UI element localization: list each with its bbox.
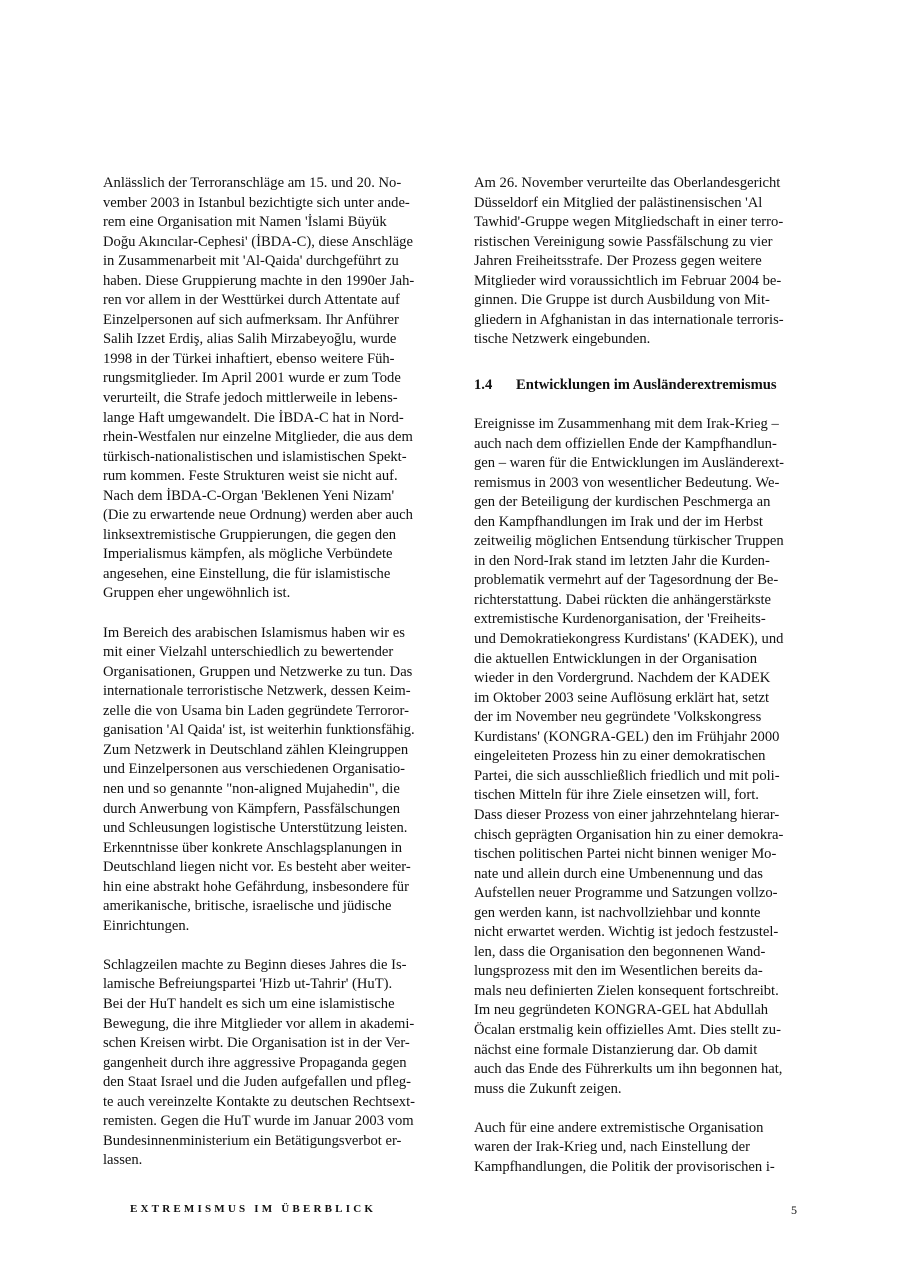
text-line: tische Netzwerk eingebunden.	[474, 330, 819, 350]
text-line: Am 26. November verurteilte das Oberland…	[474, 174, 819, 194]
text-line: verurteilt, die Strafe jedoch mittlerwei…	[103, 389, 448, 409]
text-line: hin eine abstrakt hohe Gefährdung, insbe…	[103, 878, 448, 898]
text-line: tischen politischen Partei nicht binnen …	[474, 845, 819, 865]
text-line: auch das Ende des Führerkults um ihn beg…	[474, 1060, 819, 1080]
text-line: extremistische Kurdenorganisation, der '…	[474, 610, 819, 630]
text-line: Mitglieder wird voraussichtlich im Febru…	[474, 272, 819, 292]
text-line: Öcalan erstmalig kein offizielles Amt. D…	[474, 1021, 819, 1041]
text-line: Gruppen eher ungewöhnlich ist.	[103, 584, 448, 604]
text-line: Organisationen, Gruppen und Netzwerke zu…	[103, 663, 448, 683]
text-line: angesehen, eine Einstellung, die für isl…	[103, 565, 448, 585]
text-line: rhein-Westfalen nur einzelne Mitglieder,…	[103, 428, 448, 448]
text-line: rungsmitglieder. Im April 2001 wurde er …	[103, 369, 448, 389]
text-line: Einzelpersonen auf sich aufmerksam. Ihr …	[103, 311, 448, 331]
text-line: nächst eine formale Distanzierung dar. O…	[474, 1041, 819, 1061]
text-line: ren vor allem in der Westtürkei durch At…	[103, 291, 448, 311]
paragraph-other-organisation: Auch für eine andere extremistische Orga…	[474, 1119, 819, 1178]
text-line: mals neu definierten Zielen konsequent f…	[474, 982, 819, 1002]
text-line: Aufstellen neuer Programme und Satzungen…	[474, 884, 819, 904]
text-line: den Kampfhandlungen im Irak und der im H…	[474, 513, 819, 533]
text-line: zeitweilig möglichen Entsendung türkisch…	[474, 532, 819, 552]
text-line: lange Haft umgewandelt. Die İBDA-C hat i…	[103, 409, 448, 429]
text-line: Jahren Freiheitsstrafe. Der Prozess gege…	[474, 252, 819, 272]
text-line: Bewegung, die ihre Mitglieder vor allem …	[103, 1015, 448, 1035]
text-line: remisten. Gegen die HuT wurde im Januar …	[103, 1112, 448, 1132]
text-line: problematik vermehrt auf der Tagesordnun…	[474, 571, 819, 591]
text-line: Kurdistans' (KONGRA-GEL) den im Frühjahr…	[474, 728, 819, 748]
text-line: und Demokratiekongress Kurdistans' (KADE…	[474, 630, 819, 650]
text-line: waren der Irak-Krieg und, nach Einstellu…	[474, 1138, 819, 1158]
text-line: Nach dem İBDA-C-Organ 'Beklenen Yeni Niz…	[103, 487, 448, 507]
text-line: gangenheit durch ihre aggressive Propaga…	[103, 1054, 448, 1074]
text-line: len, dass die Organisation den begonnene…	[474, 943, 819, 963]
text-line: gen der Beteiligung der kurdischen Pesch…	[474, 493, 819, 513]
text-line: Im Bereich des arabischen Islamismus hab…	[103, 624, 448, 644]
text-line: lassen.	[103, 1151, 448, 1171]
text-line: türkisch-nationalistischen und islamisti…	[103, 448, 448, 468]
section-heading: 1.4Entwicklungen im Ausländerextremismus	[474, 376, 819, 396]
text-line: Dass dieser Prozess von einer jahrzehnte…	[474, 806, 819, 826]
text-line: Schlagzeilen machte zu Beginn dieses Jah…	[103, 956, 448, 976]
text-line: Zum Netzwerk in Deutschland zählen Klein…	[103, 741, 448, 761]
text-line: Im neu gegründeten KONGRA-GEL hat Abdull…	[474, 1001, 819, 1021]
text-line: wieder in den Vordergrund. Nachdem der K…	[474, 669, 819, 689]
section-number: 1.4	[474, 376, 516, 396]
text-line: ginnen. Die Gruppe ist durch Ausbildung …	[474, 291, 819, 311]
text-line: Bei der HuT handelt es sich um eine isla…	[103, 995, 448, 1015]
text-line: tischen Mitteln für ihre Ziele einsetzen…	[474, 786, 819, 806]
page-footer: EXTREMISMUS IM ÜBERBLICK 5	[130, 1203, 797, 1215]
text-line: auch nach dem offiziellen Ende der Kampf…	[474, 435, 819, 455]
text-line: den Staat Israel und die Juden aufgefall…	[103, 1073, 448, 1093]
text-line: nen und so genannte "non-aligned Mujahed…	[103, 780, 448, 800]
text-line: vember 2003 in Istanbul bezichtigte sich…	[103, 194, 448, 214]
text-line: zelle die von Usama bin Laden gegründete…	[103, 702, 448, 722]
text-line: mit einer Vielzahl unterschiedlich zu be…	[103, 643, 448, 663]
text-line: nate und allein durch eine Umbenennung u…	[474, 865, 819, 885]
running-title: EXTREMISMUS IM ÜBERBLICK	[130, 1203, 376, 1215]
text-line: Tawhid'-Gruppe wegen Mitgliedschaft in e…	[474, 213, 819, 233]
text-line: gen werden kann, ist nachvollziehbar und…	[474, 904, 819, 924]
paragraph-kurdish-extremism: Ereignisse im Zusammenhang mit dem Irak-…	[474, 415, 819, 1099]
text-line: im Oktober 2003 seine Auflösung erklärt …	[474, 689, 819, 709]
left-column: Anlässlich der Terroranschläge am 15. un…	[103, 174, 448, 1190]
text-line: Düsseldorf ein Mitglied der palästinensi…	[474, 194, 819, 214]
paragraph-al-tawhid: Am 26. November verurteilte das Oberland…	[474, 174, 819, 350]
text-line: rem eine Organisation mit Namen 'İslami …	[103, 213, 448, 233]
text-line: Anlässlich der Terroranschläge am 15. un…	[103, 174, 448, 194]
paragraph-hizb-ut-tahrir: Schlagzeilen machte zu Beginn dieses Jah…	[103, 956, 448, 1171]
text-line: Auch für eine andere extremistische Orga…	[474, 1119, 819, 1139]
text-line: ristischen Vereinigung sowie Passfälschu…	[474, 233, 819, 253]
text-line: in den Nord-Irak stand im letzten Jahr d…	[474, 552, 819, 572]
text-line: und Schleusungen logistische Unterstützu…	[103, 819, 448, 839]
text-line: 1998 in der Türkei inhaftiert, ebenso we…	[103, 350, 448, 370]
text-line: lamische Befreiungspartei 'Hizb ut-Tahri…	[103, 975, 448, 995]
text-line: muss die Zukunft zeigen.	[474, 1080, 819, 1100]
text-line: Partei, die sich ausschließlich friedlic…	[474, 767, 819, 787]
text-line: Ereignisse im Zusammenhang mit dem Irak-…	[474, 415, 819, 435]
text-line: Kampfhandlungen, die Politik der proviso…	[474, 1158, 819, 1178]
text-line: richterstattung. Dabei rückten die anhän…	[474, 591, 819, 611]
text-line: Bundesinnenministerium ein Betätigungsve…	[103, 1132, 448, 1152]
text-line: Salih Izzet Erdiş, alias Salih Mirzabeyo…	[103, 330, 448, 350]
text-line: Deutschland liegen nicht vor. Es besteht…	[103, 858, 448, 878]
text-line: internationale terroristische Netzwerk, …	[103, 682, 448, 702]
text-line: haben. Diese Gruppierung machte in den 1…	[103, 272, 448, 292]
text-line: linksextremistische Gruppierungen, die g…	[103, 526, 448, 546]
text-line: der im November neu gegründete 'Volkskon…	[474, 708, 819, 728]
text-line: eingeleiteten Prozess hin zu einer demok…	[474, 747, 819, 767]
text-line: Imperialismus kämpfen, als mögliche Verb…	[103, 545, 448, 565]
text-line: chisch geprägten Organisation hin zu ein…	[474, 826, 819, 846]
text-line: lungsprozess mit den im Wesentlichen ber…	[474, 962, 819, 982]
text-line: und Einzelpersonen aus verschiedenen Org…	[103, 760, 448, 780]
text-line: (Die zu erwartende neue Ordnung) werden …	[103, 506, 448, 526]
text-line: rum kommen. Feste Strukturen weist sie n…	[103, 467, 448, 487]
right-column: Am 26. November verurteilte das Oberland…	[474, 174, 819, 1197]
text-line: schen Kreisen wirbt. Die Organisation is…	[103, 1034, 448, 1054]
section-title: Entwicklungen im Ausländerextremismus	[516, 377, 777, 393]
page-number: 5	[791, 1203, 797, 1218]
text-line: gen – waren für die Entwicklungen im Aus…	[474, 454, 819, 474]
text-line: in Zusammenarbeit mit 'Al-Qaida' durchge…	[103, 252, 448, 272]
text-line: Einrichtungen.	[103, 917, 448, 937]
text-line: Doğu Akıncılar-Cephesi' (İBDA-C), diese …	[103, 233, 448, 253]
text-line: nicht erwartet werden. Wichtig ist jedoc…	[474, 923, 819, 943]
text-line: ganisation 'Al Qaida' ist, ist weiterhin…	[103, 721, 448, 741]
text-line: gliedern in Afghanistan in das internati…	[474, 311, 819, 331]
text-line: remismus in 2003 von wesentlicher Bedeut…	[474, 474, 819, 494]
text-line: amerikanische, britische, israelische un…	[103, 897, 448, 917]
text-line: te auch vereinzelte Kontakte zu deutsche…	[103, 1093, 448, 1113]
text-line: durch Anwerbung von Kämpfern, Passfälsch…	[103, 800, 448, 820]
paragraph-arab-islamism: Im Bereich des arabischen Islamismus hab…	[103, 624, 448, 937]
paragraph-ibda-c: Anlässlich der Terroranschläge am 15. un…	[103, 174, 448, 604]
text-line: Erkenntnisse über konkrete Anschlagsplan…	[103, 839, 448, 859]
text-line: die aktuellen Entwicklungen in der Organ…	[474, 650, 819, 670]
